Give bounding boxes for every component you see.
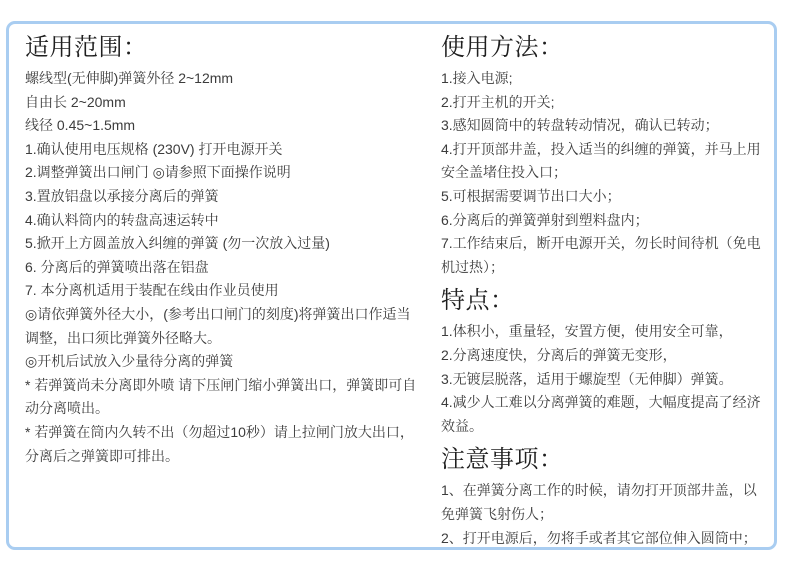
usage-step-3: 3.感知圆筒中的转盘转动情况，确认已转动； [441, 114, 766, 138]
feature-item-1: 1.体积小，重量轻，安置方便，使用安全可靠， [441, 320, 766, 344]
usage-step-4: 4.打开顶部井盖，投入适当的纠缠的弹簧，并马上用安全盖堵住投入口； [441, 138, 766, 185]
content-frame: 适用范围： 螺线型(无伸脚)弹簧外径 2~12mm 自由长 2~20mm 线径 … [6, 21, 777, 550]
scope-note-test-run: ◎开机后试放入少量待分离的弹簧 [25, 350, 423, 374]
scope-tip-shrink-outlet: * 若弹簧尚未分离即外喷 请下压闸门缩小弹簧出口，弹簧即可自动分离喷出。 [25, 374, 423, 421]
section-title-scope: 适用范围： [25, 33, 423, 63]
section-title-usage: 使用方法： [441, 33, 766, 63]
usage-step-5: 5.可根据需要调节出口大小； [441, 185, 766, 209]
right-column: 使用方法： 1.接入电源; 2.打开主机的开关; 3.感知圆筒中的转盘转动情况，… [429, 29, 766, 543]
scope-tip-enlarge-outlet: * 若弹簧在筒内久转不出（勿超过10秒）请上拉闸门放大出口，分离后之弹簧即可排出… [25, 421, 423, 468]
usage-step-2: 2.打开主机的开关; [441, 91, 766, 115]
scope-spec-free-length: 自由长 2~20mm [25, 91, 423, 115]
section-title-notes: 注意事项： [441, 445, 766, 475]
note-item-2: 2、打开电源后，勿将手或者其它部位伸入圆筒中； [441, 527, 766, 551]
section-title-features: 特点： [441, 286, 766, 316]
instruction-sheet: 适用范围： 螺线型(无伸脚)弹簧外径 2~12mm 自由长 2~20mm 线径 … [0, 0, 790, 564]
usage-step-7: 7.工作结束后，断开电源开关，勿长时间待机（免电机过热）； [441, 232, 766, 279]
left-column: 适用范围： 螺线型(无伸脚)弹簧外径 2~12mm 自由长 2~20mm 线径 … [25, 29, 429, 543]
feature-item-3: 3.无镀层脱落，适用于螺旋型（无伸脚）弹簧。 [441, 368, 766, 392]
scope-step-1: 1.确认使用电压规格 (230V) 打开电源开关 [25, 138, 423, 162]
scope-step-4: 4.确认料筒内的转盘高速运转中 [25, 209, 423, 233]
scope-step-3: 3.置放铝盘以承接分离后的弹簧 [25, 185, 423, 209]
note-item-1: 1、在弹簧分离工作的时候，请勿打开顶部井盖，以免弹簧飞射伤人； [441, 479, 766, 526]
scope-step-2: 2.调整弹簧出口闸门 ◎请参照下面操作说明 [25, 161, 423, 185]
usage-step-6: 6.分离后的弹簧弹射到塑料盘内； [441, 209, 766, 233]
feature-item-4: 4.减少人工难以分离弹簧的难题，大幅度提高了经济效益。 [441, 391, 766, 438]
scope-step-5: 5.掀开上方圆盖放入纠缠的弹簧 (勿一次放入过量) [25, 232, 423, 256]
scope-step-7: 7. 本分离机适用于装配在线由作业员使用 [25, 279, 423, 303]
scope-spec-wire-diameter: 线径 0.45~1.5mm [25, 114, 423, 138]
feature-item-2: 2.分离速度快，分离后的弹簧无变形， [441, 344, 766, 368]
scope-spec-outer-diameter: 螺线型(无伸脚)弹簧外径 2~12mm [25, 67, 423, 91]
usage-step-1: 1.接入电源; [441, 67, 766, 91]
scope-step-6: 6. 分离后的弹簧喷出落在铝盘 [25, 256, 423, 280]
scope-note-adjust-gate: ◎请依弹簧外径大小，(参考出口闸门的刻度)将弹簧出口作适当调整，出口须比弹簧外径… [25, 303, 423, 350]
